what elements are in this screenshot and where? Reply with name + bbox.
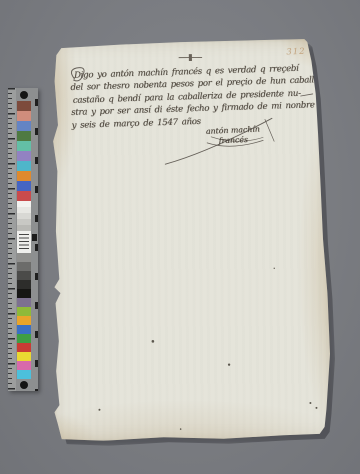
registration-dot — [17, 379, 31, 391]
color-patch — [17, 370, 31, 379]
color-patch — [17, 131, 31, 141]
color-patch — [17, 262, 31, 271]
color-patch — [17, 181, 31, 191]
color-patch — [17, 289, 31, 298]
registration-dot-mark — [20, 91, 28, 99]
color-patch — [17, 325, 31, 334]
color-patch — [17, 343, 31, 352]
color-patch — [17, 101, 31, 111]
manuscript-page: 312 + Digo yo antón machín francés q es … — [50, 39, 332, 442]
color-patch — [17, 316, 31, 325]
registration-dot-mark — [20, 381, 28, 389]
color-patch — [17, 271, 31, 280]
color-patch — [17, 298, 31, 307]
manuscript-text-block: Digo yo antón machín francés q es verdad… — [70, 62, 322, 132]
registration-marks — [35, 88, 38, 391]
signature-block: antón machín francés — [201, 124, 266, 146]
ruler-ticks — [8, 88, 16, 391]
color-patch — [17, 352, 31, 361]
color-patch — [17, 280, 31, 289]
color-calibration-bar — [8, 88, 38, 391]
calibration-label — [17, 231, 31, 253]
color-patches-column — [17, 88, 31, 391]
photo-backdrop: 312 + Digo yo antón machín francés q es … — [0, 0, 360, 474]
foliation-number: 312 — [286, 47, 306, 58]
color-patch — [17, 253, 31, 262]
color-patch — [17, 191, 31, 201]
color-patch — [17, 171, 31, 181]
registration-dot — [17, 88, 31, 101]
color-patch — [17, 111, 31, 121]
color-patch — [17, 121, 31, 131]
color-patch — [17, 141, 31, 151]
color-patch — [17, 151, 31, 161]
invocation-cross: + — [116, 50, 266, 64]
color-patch — [17, 361, 31, 370]
color-patch — [17, 307, 31, 316]
color-patch — [17, 161, 31, 171]
ink-spots — [97, 267, 317, 430]
color-patch — [17, 334, 31, 343]
